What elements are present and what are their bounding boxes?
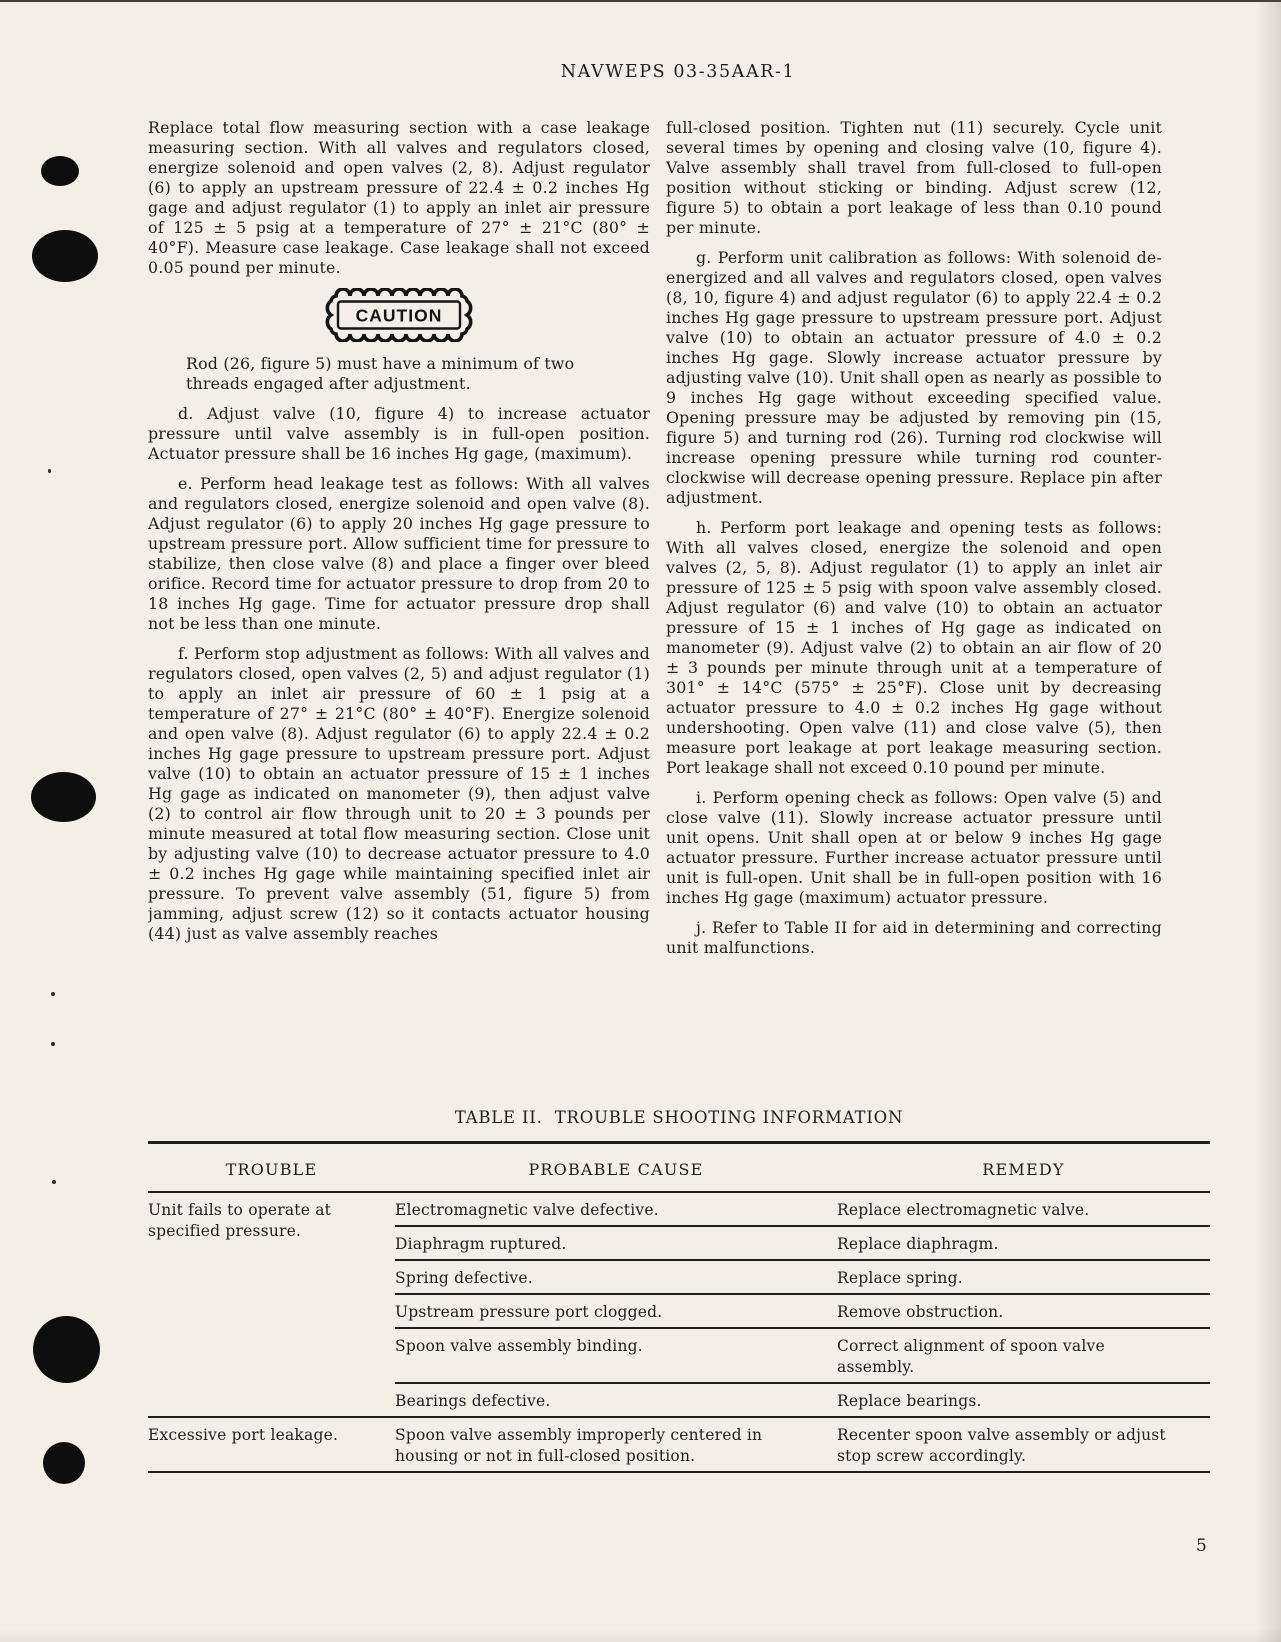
remedy-cell: Replace diaphragm.	[837, 1227, 1210, 1259]
paragraph-g: g. Perform unit calibration as follows: …	[666, 248, 1162, 508]
cause-cell: Electromagnetic valve defective.	[395, 1193, 837, 1225]
paragraph-e: e. Perform head leakage test as follows:…	[148, 474, 650, 634]
table-row: Upstream pressure port clogged. Remove o…	[148, 1295, 1210, 1327]
trouble-cell: Unit fails to operate at specified press…	[148, 1193, 395, 1225]
trouble-cell	[148, 1329, 395, 1382]
remedy-cell: Replace bearings.	[837, 1384, 1210, 1416]
trouble-cell	[148, 1295, 395, 1327]
paragraph-h: h. Perform port leakage and opening test…	[666, 518, 1162, 778]
column-header-trouble: TROUBLE	[148, 1160, 395, 1179]
right-column: full-closed position. Tighten nut (11) s…	[666, 118, 1162, 1086]
column-header-probable-cause: PROBABLE CAUSE	[395, 1160, 837, 1179]
cause-cell: Diaphragm ruptured.	[395, 1227, 837, 1259]
table-row: Bearings defective. Replace bearings.	[148, 1384, 1210, 1416]
ink-speck	[52, 1180, 56, 1184]
cause-cell: Spring defective.	[395, 1261, 837, 1293]
remedy-cell: Replace spring.	[837, 1261, 1210, 1293]
trouble-cell	[148, 1384, 395, 1416]
scan-top-edge	[0, 0, 1281, 2]
scan-bottom-shadow	[0, 1628, 1281, 1642]
paragraph-f-continued: full-closed position. Tighten nut (11) s…	[666, 118, 1162, 238]
table-header-row: TROUBLE PROBABLE CAUSE REMEDY	[148, 1144, 1210, 1191]
scan-right-shadow	[1255, 0, 1281, 1642]
ink-speck	[48, 469, 51, 473]
remedy-cell: Remove obstruction.	[837, 1295, 1210, 1327]
caution-note: Rod (26, figure 5) must have a minimum o…	[186, 354, 620, 394]
trouble-cell: Excessive port leakage.	[148, 1418, 395, 1471]
paragraph-i: i. Perform opening check as follows: Ope…	[666, 788, 1162, 908]
body-columns: Replace total flow measuring section wit…	[148, 118, 1162, 1086]
punch-hole	[33, 1316, 100, 1383]
table-row: Excessive port leakage. Spoon valve asse…	[148, 1418, 1210, 1471]
punch-hole	[32, 230, 98, 282]
table-bottom-rule	[148, 1471, 1210, 1473]
cause-cell: Spoon valve assembly improperly centered…	[395, 1418, 837, 1471]
page-number: 5	[1196, 1536, 1207, 1556]
remedy-cell: Correct alignment of spoon valve assembl…	[837, 1329, 1210, 1382]
caution-label: CAUTION	[356, 306, 443, 326]
table-row: Spring defective. Replace spring.	[148, 1261, 1210, 1293]
punch-hole	[31, 772, 96, 822]
punch-hole	[41, 156, 79, 186]
cause-cell: Bearings defective.	[395, 1384, 837, 1416]
remedy-cell: Recenter spoon valve assembly or adjust …	[837, 1418, 1210, 1471]
caution-scalloped-border: CAUTION	[324, 288, 474, 342]
column-header-remedy: REMEDY	[837, 1160, 1210, 1179]
page-header: NAVWEPS 03-35AAR-1	[148, 62, 1162, 82]
caution-box: CAUTION	[148, 288, 650, 342]
left-column: Replace total flow measuring section wit…	[148, 118, 650, 1086]
ink-speck	[51, 992, 55, 996]
cause-cell: Upstream pressure port clogged.	[395, 1295, 837, 1327]
table-row: Unit fails to operate at specified press…	[148, 1193, 1210, 1225]
paragraph-f: f. Perform stop adjustment as follows: W…	[148, 644, 650, 944]
trouble-shooting-table: TABLE II. TROUBLE SHOOTING INFORMATION T…	[148, 1102, 1210, 1473]
punch-hole	[43, 1442, 85, 1484]
table-row: Diaphragm ruptured. Replace diaphragm.	[148, 1227, 1210, 1259]
ink-speck	[51, 1042, 55, 1046]
trouble-cell	[148, 1261, 395, 1293]
paragraph-intro: Replace total flow measuring section wit…	[148, 118, 650, 278]
table-title: TABLE II. TROUBLE SHOOTING INFORMATION	[148, 1108, 1210, 1127]
trouble-cell	[148, 1227, 395, 1259]
paragraph-d: d. Adjust valve (10, figure 4) to increa…	[148, 404, 650, 464]
table-row: Spoon valve assembly binding. Correct al…	[148, 1329, 1210, 1382]
paragraph-j: j. Refer to Table II for aid in determin…	[666, 918, 1162, 958]
cause-cell: Spoon valve assembly binding.	[395, 1329, 837, 1382]
remedy-cell: Replace electromagnetic valve.	[837, 1193, 1210, 1225]
